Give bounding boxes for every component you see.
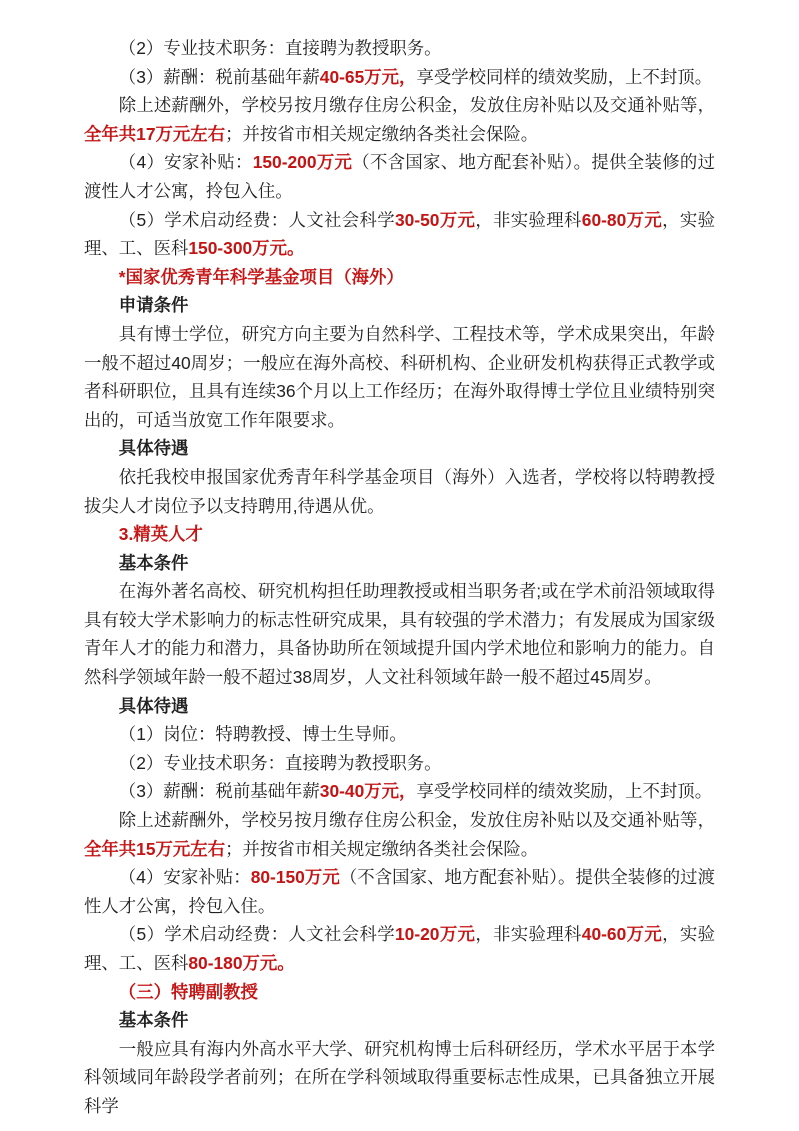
paragraph: 除上述薪酬外，学校另按月缴存住房公积金，发放住房补贴以及交通补贴等，全年共15万… xyxy=(84,806,715,863)
text-run: 依托我校申报国家优秀青年科学基金项目（海外）入选者，学校将以特聘教授拔尖人才岗位… xyxy=(84,467,715,516)
text-run: ；并按省市相关规定缴纳各类社会保险。 xyxy=(225,839,538,859)
highlight-text: 30-50万元 xyxy=(395,210,475,230)
text-run: 在海外著名高校、研究机构担任助理教授或相当职务者;或在学术前沿领域取得具有较大学… xyxy=(84,581,715,687)
paragraph: 具有博士学位，研究方向主要为自然科学、工程技术等，学术成果突出，年龄一般不超过4… xyxy=(84,320,715,434)
paragraph: （3）薪酬：税前基础年薪30-40万元，享受学校同样的绩效奖励，上不封顶。 xyxy=(84,777,715,806)
text-run: （4）安家补贴： xyxy=(119,152,253,172)
highlight-text: 80-150万元 xyxy=(251,867,340,887)
text-run: *国家优秀青年科学基金项目（海外） xyxy=(119,267,404,287)
text-run: 3.精英人才 xyxy=(119,524,203,544)
highlight-text: 30-40万元， xyxy=(320,781,417,801)
highlight-text: 60-80万元 xyxy=(582,210,662,230)
paragraph: （5）学术启动经费：人文社会科学10-20万元，非实验理科40-60万元，实验理… xyxy=(84,920,715,977)
paragraph: （4）安家补贴：80-150万元（不含国家、地方配套补贴）。提供全装修的过渡性人… xyxy=(84,863,715,920)
text-run: 除上述薪酬外，学校另按月缴存住房公积金，发放住房补贴以及交通补贴等， xyxy=(119,810,715,830)
section-heading: *国家优秀青年科学基金项目（海外） xyxy=(84,263,715,292)
text-run: （三）特聘副教授 xyxy=(119,982,258,1002)
text-run: 基本条件 xyxy=(119,553,189,573)
text-run: 享受学校同样的绩效奖励，上不封顶。 xyxy=(416,781,712,801)
highlight-text: 全年共17万元左右 xyxy=(84,124,225,144)
highlight-text: 10-20万元 xyxy=(395,924,475,944)
text-run: （3）薪酬：税前基础年薪 xyxy=(119,781,320,801)
text-run: 享受学校同样的绩效奖励，上不封顶。 xyxy=(416,67,712,87)
highlight-text: 150-300万元。 xyxy=(188,238,304,258)
paragraph: 在海外著名高校、研究机构担任助理教授或相当职务者;或在学术前沿领域取得具有较大学… xyxy=(84,577,715,691)
text-run: （3）薪酬：税前基础年薪 xyxy=(119,67,320,87)
section-heading: 基本条件 xyxy=(84,549,715,578)
paragraph: 一般应具有海内外高水平大学、研究机构博士后科研经历，学术水平居于本学科领域同年龄… xyxy=(84,1035,715,1121)
highlight-text: 40-60万元 xyxy=(582,924,662,944)
paragraph: （4）安家补贴：150-200万元（不含国家、地方配套补贴）。提供全装修的过渡性… xyxy=(84,148,715,205)
section-heading: 申请条件 xyxy=(84,291,715,320)
paragraph: （3）薪酬：税前基础年薪40-65万元，享受学校同样的绩效奖励，上不封顶。 xyxy=(84,63,715,92)
text-run: ，非实验理科 xyxy=(475,210,581,230)
text-run: 申请条件 xyxy=(119,295,189,315)
text-run: 一般应具有海内外高水平大学、研究机构博士后科研经历，学术水平居于本学科领域同年龄… xyxy=(84,1039,715,1116)
section-heading: 基本条件 xyxy=(84,1006,715,1035)
text-run: （5）学术启动经费：人文社会科学 xyxy=(119,924,395,944)
paragraph: 依托我校申报国家优秀青年科学基金项目（海外）入选者，学校将以特聘教授拔尖人才岗位… xyxy=(84,463,715,520)
document-body: （2）专业技术职务：直接聘为教授职务。（3）薪酬：税前基础年薪40-65万元，享… xyxy=(0,0,799,1121)
text-run: 具体待遇 xyxy=(119,696,189,716)
paragraph: （2）专业技术职务：直接聘为教授职务。 xyxy=(84,34,715,63)
highlight-text: 150-200万元 xyxy=(253,152,353,172)
text-run: （2）专业技术职务：直接聘为教授职务。 xyxy=(119,753,442,773)
text-run: ；并按省市相关规定缴纳各类社会保险。 xyxy=(225,124,538,144)
text-run: 基本条件 xyxy=(119,1010,189,1030)
paragraph: 除上述薪酬外，学校另按月缴存住房公积金，发放住房补贴以及交通补贴等，全年共17万… xyxy=(84,91,715,148)
text-run: 具体待遇 xyxy=(119,438,189,458)
section-heading: 具体待遇 xyxy=(84,692,715,721)
text-run: （5）学术启动经费：人文社会科学 xyxy=(119,210,395,230)
highlight-text: 40-65万元， xyxy=(320,67,417,87)
paragraph: （2）专业技术职务：直接聘为教授职务。 xyxy=(84,749,715,778)
paragraph: （1）岗位：特聘教授、博士生导师。 xyxy=(84,720,715,749)
text-run: （2）专业技术职务：直接聘为教授职务。 xyxy=(119,38,442,58)
text-run: （4）安家补贴： xyxy=(119,867,251,887)
section-heading: 具体待遇 xyxy=(84,434,715,463)
text-run: 具有博士学位，研究方向主要为自然科学、工程技术等，学术成果突出，年龄一般不超过4… xyxy=(84,324,715,430)
section-heading: （三）特聘副教授 xyxy=(84,978,715,1007)
section-heading: 3.精英人才 xyxy=(84,520,715,549)
document-page: （2）专业技术职务：直接聘为教授职务。（3）薪酬：税前基础年薪40-65万元，享… xyxy=(0,0,799,1131)
paragraph: （5）学术启动经费：人文社会科学30-50万元，非实验理科60-80万元，实验理… xyxy=(84,206,715,263)
text-run: 除上述薪酬外，学校另按月缴存住房公积金，发放住房补贴以及交通补贴等， xyxy=(119,95,715,115)
highlight-text: 全年共15万元左右 xyxy=(84,839,225,859)
highlight-text: 80-180万元。 xyxy=(188,953,294,973)
text-run: （1）岗位：特聘教授、博士生导师。 xyxy=(119,724,407,744)
text-run: ，非实验理科 xyxy=(475,924,581,944)
